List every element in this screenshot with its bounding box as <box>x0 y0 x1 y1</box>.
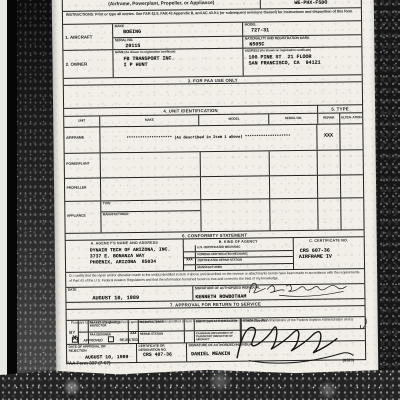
owner-address-line2: SAN FRANCISCO, CA 94121 <box>244 59 362 66</box>
model-column-header: MODEL <box>200 114 270 125</box>
approval-certificate-value: CRS 407-36 <box>137 352 186 358</box>
other-specify-cell: OTHER (Specify) <box>240 317 365 343</box>
conformity-signature-cell: SIGNATURE OF AUTHORIZED INDIVIDUAL KENNE… <box>193 284 364 300</box>
office-identification-cell: OFFICE IDENTIFICATION WE-PHX-FSDO <box>261 0 361 8</box>
form-number: FAA Form 337 (7-67) <box>66 360 110 366</box>
kind-row-1-checkbox <box>184 245 196 251</box>
aircraft-registration-cell: NATIONALITY AND REGISTRATION MARK N505C <box>243 35 361 47</box>
appliance-row-label: APPLIANCE <box>65 201 100 218</box>
kind-row-4-checkbox <box>184 265 196 271</box>
canadian-transport-label: CANADIAN DEPARTMENT OF TRANSPORT INSPECT… <box>195 331 242 343</box>
unit-column-header: UNIT <box>64 116 100 126</box>
page-code: (8320) <box>343 357 355 362</box>
inspection-auth-checkbox-cell <box>185 319 195 330</box>
airframe-repair-cell: XXX <box>317 124 340 149</box>
approval-date-label: DATE OF APPROVAL OR REJECTION <box>67 344 119 353</box>
appliance-unit-cell: APPLIANCE <box>65 201 101 232</box>
airframe-repair-mark: XXX <box>318 132 340 138</box>
unit-identification-header: 4. UNIT IDENTIFICATION UNIT MAKE MODEL S… <box>64 104 362 127</box>
powerplant-row: POWERPLANT <box>65 149 363 178</box>
aircraft-serial-cell: SERIAL NO. 20115 <box>113 37 243 50</box>
aircraft-make-value: BOEING <box>113 28 242 36</box>
owner-address-cell: ADDRESS (As shown on registration certif… <box>243 47 361 75</box>
serial-column-header: SERIAL NO. <box>269 114 317 125</box>
by-label: BY <box>67 321 79 344</box>
powerplant-row-label: POWERPLANT <box>65 153 100 166</box>
propeller-row: PROPELLER <box>65 174 363 201</box>
make-column-header: MAKE <box>100 115 200 126</box>
airframe-description-cell: ******************** (As described in It… <box>100 125 318 153</box>
approval-signature-label: SIGNATURE OF AUTHORIZED INDIVIDUAL <box>187 341 365 348</box>
repair-station-label: REPAIR STATION <box>139 331 185 343</box>
repair-station-checkbox-cell: XXX <box>129 332 139 343</box>
propeller-alteration-cell <box>341 175 363 197</box>
powerplant-serial-cell <box>270 151 318 176</box>
other-specify-label: OTHER (Specify) <box>241 317 365 323</box>
propeller-row-label: PROPELLER <box>65 178 100 190</box>
repair-column-header: REPAIR <box>318 113 340 123</box>
office-identification-value: WE-PHX-FSDO <box>261 0 361 6</box>
powerplant-make-cell <box>101 152 201 177</box>
airframe-row-label: AIRFRAME <box>64 127 99 140</box>
conformity-date-cell: DATE AUGUST 10, 1989 <box>66 286 193 302</box>
conformity-date-label: DATE <box>66 286 192 292</box>
powerplant-unit-cell: POWERPLANT <box>65 153 101 177</box>
kind-row-2-checkbox <box>184 252 196 258</box>
kind-of-agency-cell: U.S. CERTIFICATED MECHANIC FOREIGN CERTI… <box>184 244 294 270</box>
propeller-repair-cell <box>318 175 341 197</box>
agency-name-cell: DYNAIR TECH OF ARIZONA, INC. 3737 E. BON… <box>66 245 184 271</box>
aircraft-make-cell: MAKE BOEING <box>113 23 243 38</box>
conformity-signature-label: SIGNATURE OF AUTHORIZED INDIVIDUAL <box>193 284 364 291</box>
faa-flt-standards-label: FAA FLT. STANDARDS INSPECTOR <box>89 320 129 331</box>
airframe-row: AIRFRAME ******************** (As descri… <box>64 123 362 153</box>
kind-row-3-checkbox: XXX <box>184 258 196 264</box>
faa-flt-checkbox-cell <box>79 321 89 332</box>
owner-name-line2: I P HUNT <box>114 60 243 68</box>
agency-line3: PHOENIX, ARIZONA 85034 <box>66 259 183 266</box>
appliance-model-cell <box>201 199 271 231</box>
approval-signature-name: DANIEL MEAKIN <box>187 349 365 357</box>
propeller-make-cell <box>101 177 201 200</box>
appliance-type-label: TYPE <box>101 200 200 206</box>
owner-section-label: 2. OWNER <box>63 50 113 78</box>
airframe-unit-cell: AIRFRAME <box>64 127 100 152</box>
appliance-repair-cell <box>318 198 341 229</box>
manufacturer-label: MANUFACTURER <box>139 319 185 331</box>
scan-left-texture-band <box>17 0 57 400</box>
scanned-document-scene: (Airframe, Powerplant, Propeller, or App… <box>0 0 400 400</box>
owner-name-cell: NAME (As shown on registration certifica… <box>113 49 243 78</box>
aircraft-model-value: 727-31 <box>243 26 361 33</box>
faa-designee-label: FAA DESIGNEE <box>89 332 129 343</box>
aircraft-model-cell: MODEL 727-31 <box>243 21 361 35</box>
certificate-no-line2: AIRFRAME IV <box>294 253 364 260</box>
propeller-model-cell <box>200 176 270 199</box>
airframe-description-text: ******************** (As described in It… <box>126 135 290 142</box>
canadian-checkbox-cell <box>185 331 195 342</box>
conformity-body-row: DYNAIR TECH OF ARIZONA, INC. 3737 E. BON… <box>66 243 364 272</box>
form-337-body: (Airframe, Powerplant, Propeller, or App… <box>62 0 367 364</box>
owner-section: 2. OWNER NAME (As shown on registration … <box>63 46 361 78</box>
certificate-no-cell: CRS 607-36 AIRFRAME IV <box>294 243 364 269</box>
scan-left-white-margin <box>0 0 7 400</box>
faa-designee-checkbox-cell <box>79 333 89 344</box>
approval-by-grid: BY FAA FLT. STANDARDS INSPECTOR MANUFACT… <box>67 316 365 344</box>
repair-station-x-mark: XXX <box>129 332 138 336</box>
form-title-subline: (Airframe, Powerplant, Propeller, or App… <box>63 0 260 7</box>
appliance-alteration-cell <box>341 198 363 229</box>
powerplant-alteration-cell <box>341 150 363 174</box>
faa-form-337-page: (Airframe, Powerplant, Propeller, or App… <box>52 0 379 384</box>
appliance-type-mfr-cell: TYPE MANUFACTURER <box>101 200 201 232</box>
powerplant-model-cell <box>200 151 270 176</box>
scan-bottom-texture <box>0 368 400 400</box>
appliance-serial-cell <box>271 199 319 231</box>
aircraft-section: 1. AIRCRAFT MAKE BOEING MODEL 727-31 <box>63 20 361 50</box>
inspection-authorization-label: INSPECTION AUTHORIZATION <box>195 319 242 331</box>
propeller-serial-cell <box>270 176 318 199</box>
scan-left-dark-edge <box>7 0 17 400</box>
aircraft-section-label: 1. AIRCRAFT <box>63 24 113 50</box>
powerplant-repair-cell <box>318 150 341 174</box>
airframe-alteration-cell <box>340 124 362 149</box>
appliance-row: APPLIANCE TYPE MANUFACTURER <box>65 197 363 233</box>
manufacturer-checkbox-cell <box>129 320 139 331</box>
alteration-column-header: ALTER- ATION <box>340 113 362 123</box>
appliance-manufacturer-label: MANUFACTURER <box>101 211 200 217</box>
propeller-unit-cell: PROPELLER <box>65 178 101 200</box>
